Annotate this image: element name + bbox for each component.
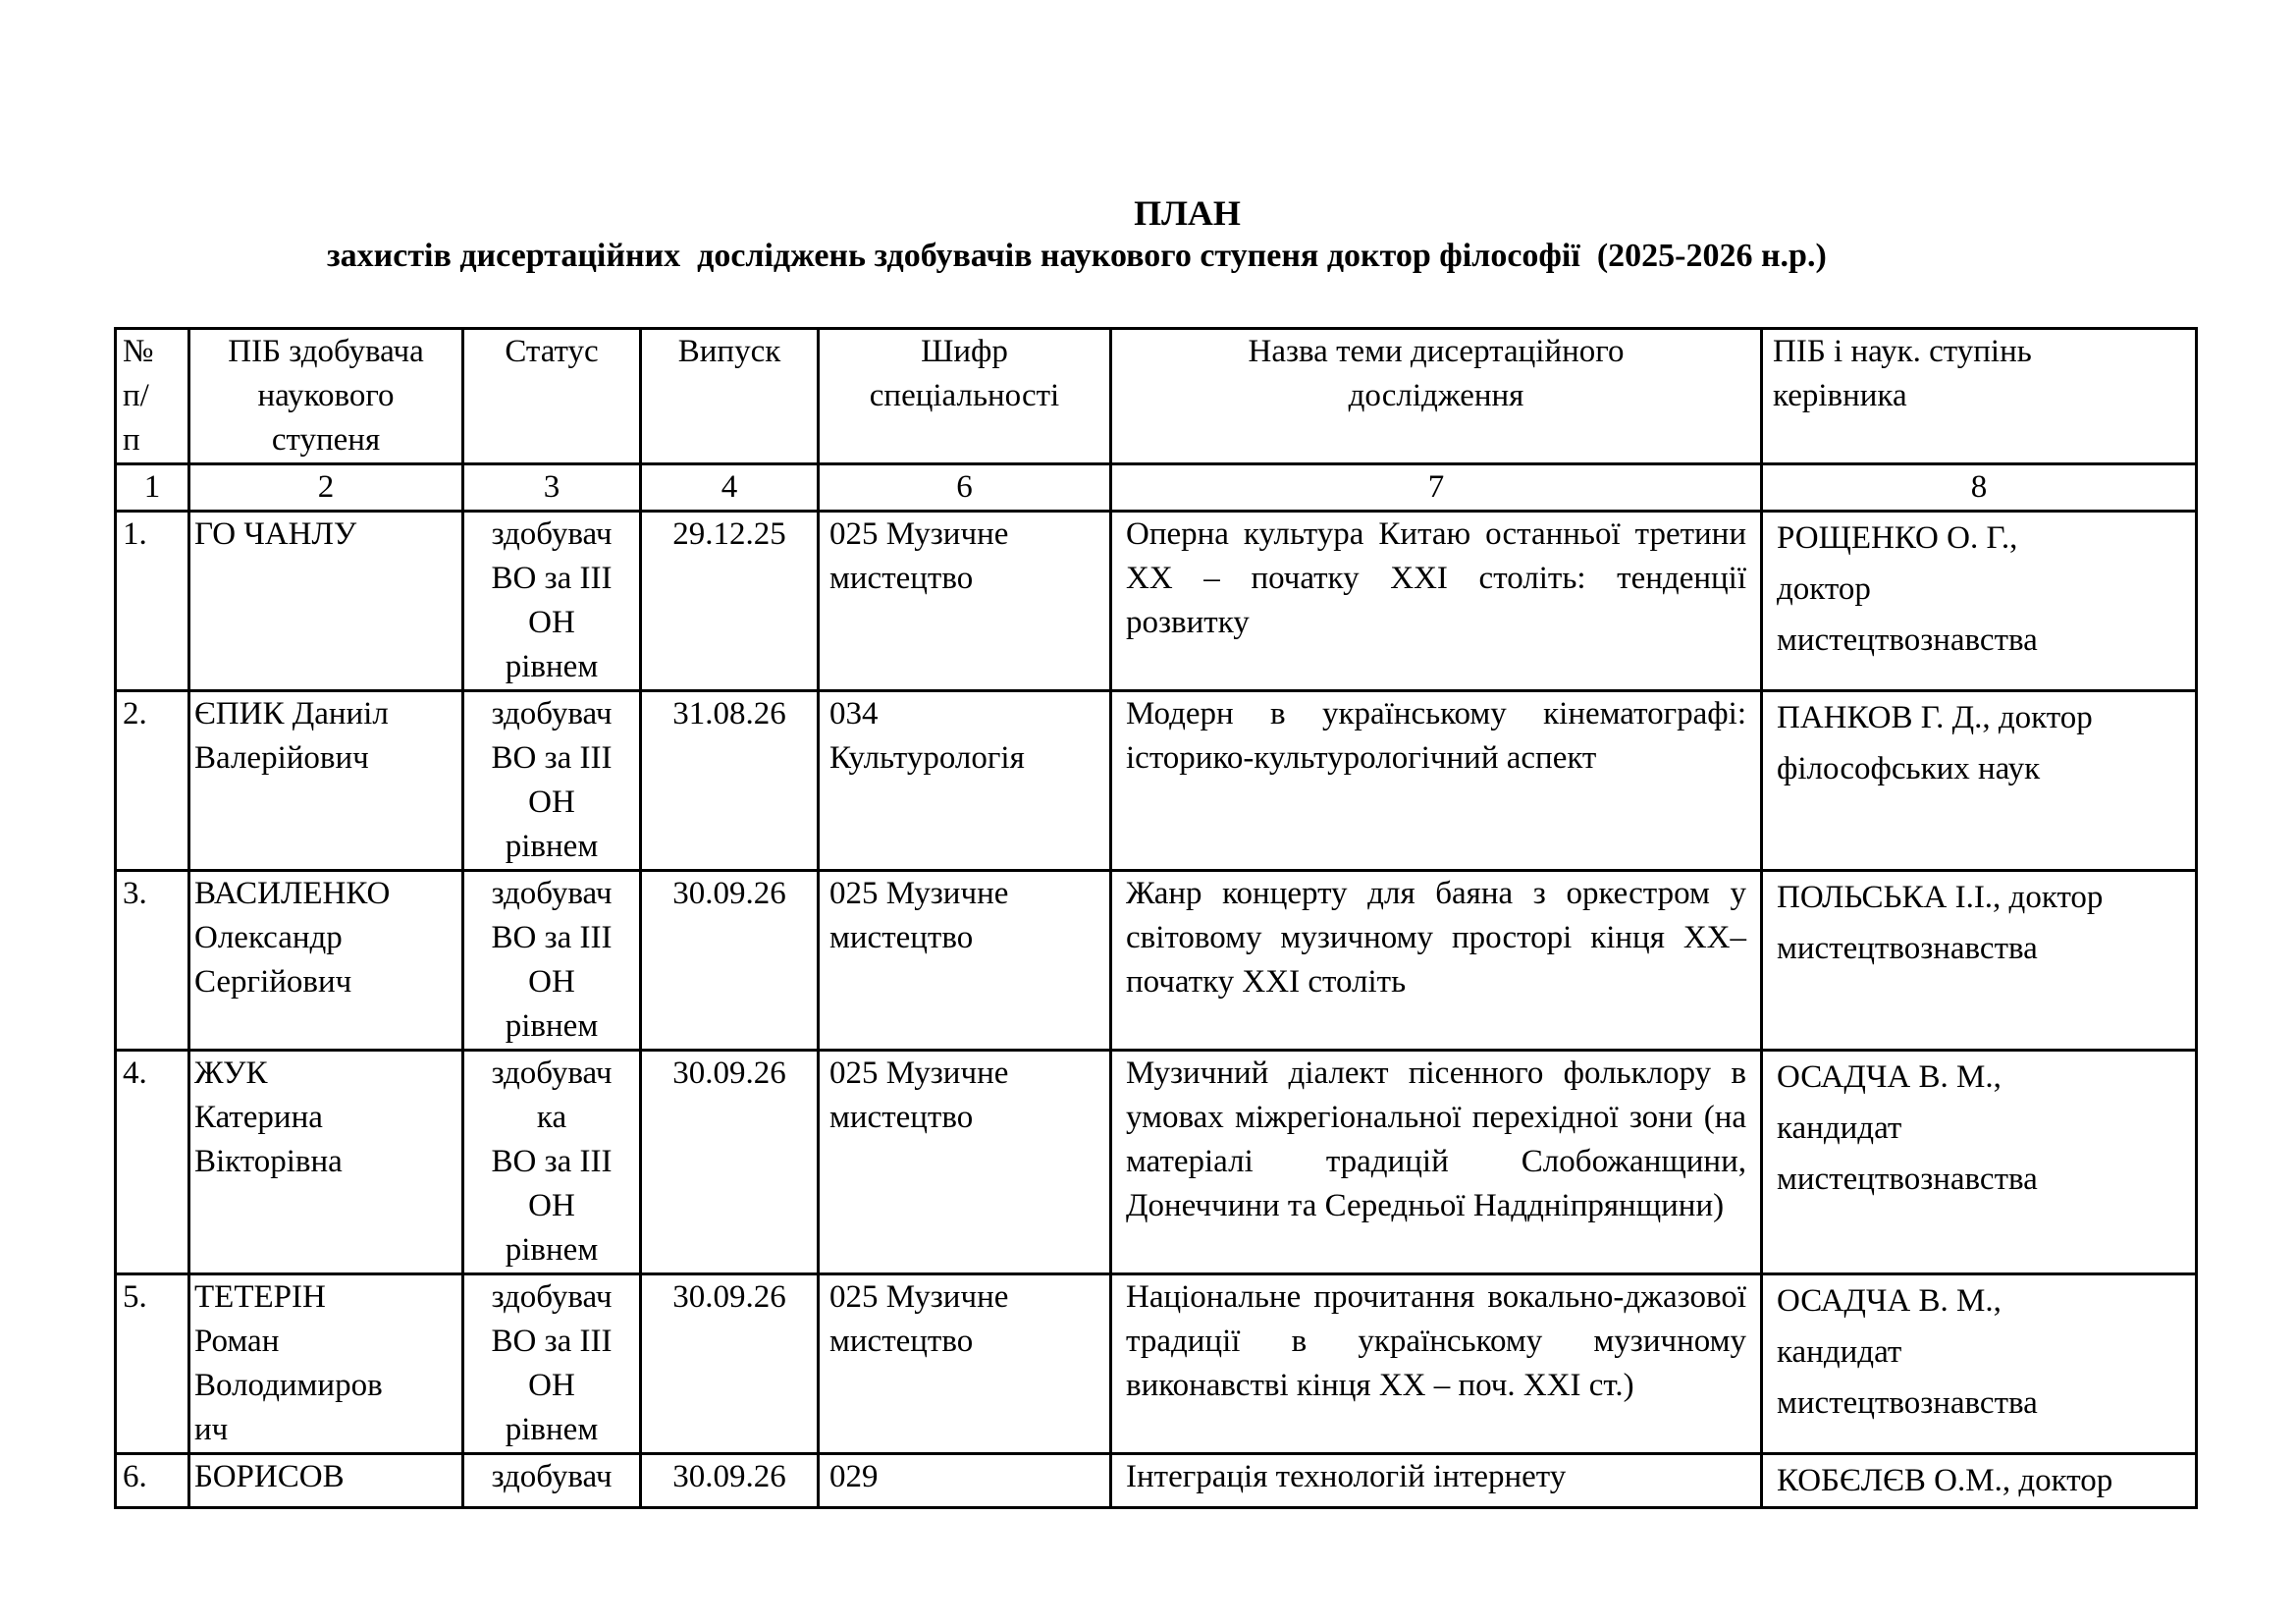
release-date: 29.12.25 [641,512,819,691]
dissertation-topic: Модерн в українському кінематографі: іст… [1111,691,1762,871]
text-line: ПІБ і наук. ступінь [1773,330,2185,374]
applicant-name: ВАСИЛЕНКООлександрСергійович [189,871,463,1051]
applicant-name: ГО ЧАНЛУ [189,512,463,691]
text-line: Шифр [829,330,1099,374]
applicant-status: здобувачВО за ІІІОНрівнем [463,1274,641,1454]
text-line: керівника [1773,374,2185,418]
text-line: здобувач [468,1455,635,1499]
release-date: 30.09.26 [641,871,819,1051]
dissertation-topic: Національне прочитання вокально-джазової… [1111,1274,1762,1454]
specialty-code: 025 Музичнемистецтво [819,1051,1111,1274]
text-line: 025 Музичне [829,513,1099,557]
text-line: ТЕТЕРІН [194,1275,455,1320]
text-line: кандидат [1777,1326,2181,1378]
supervisor: РОЩЕНКО О. Г.,доктормистецтвознавства [1762,512,2197,691]
text-line: Володимиров [194,1364,455,1408]
row-number: 4. [116,1051,189,1274]
table-row: 3.ВАСИЛЕНКООлександрСергійовичздобувачВО… [116,871,2197,1051]
column-number: 1 [116,464,189,512]
dissertation-topic: Музичний діалект пісенного фольклору в у… [1111,1051,1762,1274]
dissertation-topic: Інтеграція технологій інтернету [1111,1454,1762,1508]
applicant-status: здобувачВО за ІІІОНрівнем [463,512,641,691]
document-title: ПЛАН [0,192,2296,234]
text-line: № [123,330,182,374]
column-number: 2 [189,464,463,512]
text-line: п/ [123,374,182,418]
row-number: 1. [116,512,189,691]
column-number: 4 [641,464,819,512]
specialty-code: 029 [819,1454,1111,1508]
text-line: Випуск [652,330,807,374]
text-line: ОСАДЧА В. М., [1777,1052,2181,1103]
text-line: мистецтво [829,916,1099,960]
text-line: спеціальності [829,374,1099,418]
text-line: КОБЄЛЄВ О.М., доктор [1777,1455,2181,1506]
table-row: 2.ЄПИК ДаниілВалерійовичздобувачВО за ІІ… [116,691,2197,871]
text-line: п [123,418,182,462]
text-line: 029 [829,1455,1099,1499]
column-number-row: 1 2 3 4 6 7 8 [116,464,2197,512]
text-line: рівнем [468,1228,635,1272]
applicant-status: здобувачВО за ІІІОНрівнем [463,871,641,1051]
table-row: 4.ЖУККатеринаВікторівназдобувачкаВО за І… [116,1051,2197,1274]
text-line: Сергійович [194,960,455,1004]
text-line: 025 Музичне [829,872,1099,916]
applicant-name: БОРИСОВ [189,1454,463,1508]
text-line: наукового [200,374,452,418]
dissertation-topic: Жанр концерту для баяна з оркестром у св… [1111,871,1762,1051]
text-line: ОН [468,960,635,1004]
text-line: рівнем [468,825,635,869]
text-line: ПІБ здобувача [200,330,452,374]
text-line: ступеня [200,418,452,462]
header-specialty-code: Шифрспеціальності [819,329,1111,464]
text-line: ЄПИК Даниіл [194,692,455,736]
dissertation-topic: Оперна культура Китаю останньої третини … [1111,512,1762,691]
text-line: ПАНКОВ Г. Д., доктор [1777,692,2181,743]
applicant-status: здобувачВО за ІІІОНрівнем [463,691,641,871]
applicant-status: здобувач [463,1454,641,1508]
table-row: 1.ГО ЧАНЛУздобувачВО за ІІІОНрівнем29.12… [116,512,2197,691]
text-line: здобувач [468,513,635,557]
text-line: рівнем [468,1004,635,1049]
row-number: 3. [116,871,189,1051]
column-number: 8 [1762,464,2197,512]
text-line: ГО ЧАНЛУ [194,513,455,557]
text-line: ВАСИЛЕНКО [194,872,455,916]
text-line: ЖУК [194,1052,455,1096]
text-line: Статус [474,330,629,374]
text-line: мистецтвознавства [1777,615,2181,666]
text-line: рівнем [468,645,635,689]
text-line: мистецтво [829,1096,1099,1140]
text-line: ВО за ІІІ [468,1320,635,1364]
text-line: здобувач [468,872,635,916]
column-number: 7 [1111,464,1762,512]
text-line: ОН [468,1184,635,1228]
applicant-status: здобувачкаВО за ІІІОНрівнем [463,1051,641,1274]
text-line: Роман [194,1320,455,1364]
text-line: Катерина [194,1096,455,1140]
supervisor: КОБЄЛЄВ О.М., доктор [1762,1454,2197,1508]
text-line: здобувач [468,692,635,736]
text-line: дослідження [1122,374,1750,418]
text-line: Культурологія [829,736,1099,781]
text-line: ВО за ІІІ [468,916,635,960]
text-line: ВО за ІІІ [468,736,635,781]
text-line: доктор [1777,564,2181,615]
row-number: 5. [116,1274,189,1454]
specialty-code: 034Культурологія [819,691,1111,871]
specialty-code: 025 Музичнемистецтво [819,1274,1111,1454]
row-number: 2. [116,691,189,871]
release-date: 30.09.26 [641,1051,819,1274]
text-line: ВО за ІІІ [468,557,635,601]
table-header-row: №п/п ПІБ здобувачанауковогоступеня Стату… [116,329,2197,464]
header-applicant-name: ПІБ здобувачанауковогоступеня [189,329,463,464]
text-line: мистецтвознавства [1777,1378,2181,1429]
text-line: здобувач [468,1052,635,1096]
table-row: 5.ТЕТЕРІНРоманВолодимировичздобувачВО за… [116,1274,2197,1454]
text-line: Вікторівна [194,1140,455,1184]
text-line: ич [194,1408,455,1452]
text-line: Валерійович [194,736,455,781]
document-subtitle: захистів дисертаційних досліджень здобув… [327,238,1827,275]
column-number: 3 [463,464,641,512]
specialty-code: 025 Музичнемистецтво [819,871,1111,1051]
text-line: ОН [468,1364,635,1408]
text-line: мистецтво [829,1320,1099,1364]
supervisor: ПОЛЬСЬКА І.І., доктормистецтвознавства [1762,871,2197,1051]
supervisor: ОСАДЧА В. М.,кандидатмистецтвознавства [1762,1274,2197,1454]
text-line: ОН [468,781,635,825]
text-line: мистецтво [829,557,1099,601]
text-line: 034 [829,692,1099,736]
column-number: 6 [819,464,1111,512]
release-date: 30.09.26 [641,1274,819,1454]
text-line: філософських наук [1777,743,2181,794]
header-dissertation-topic: Назва теми дисертаційногодослідження [1111,329,1762,464]
defense-plan-table: №п/п ПІБ здобувачанауковогоступеня Стату… [114,327,2198,1509]
supervisor: ПАНКОВ Г. Д., докторфілософських наук [1762,691,2197,871]
text-line: мистецтвознавства [1777,923,2181,974]
header-number: №п/п [116,329,189,464]
applicant-name: ЄПИК ДаниілВалерійович [189,691,463,871]
header-release: Випуск [641,329,819,464]
release-date: 31.08.26 [641,691,819,871]
text-line: ка [468,1096,635,1140]
text-line: Олександр [194,916,455,960]
text-line: ОСАДЧА В. М., [1777,1275,2181,1326]
text-line: ПОЛЬСЬКА І.І., доктор [1777,872,2181,923]
text-line: ОН [468,601,635,645]
text-line: Назва теми дисертаційного [1122,330,1750,374]
text-line: мистецтвознавства [1777,1154,2181,1205]
text-line: 025 Музичне [829,1275,1099,1320]
header-status: Статус [463,329,641,464]
release-date: 30.09.26 [641,1454,819,1508]
text-line: здобувач [468,1275,635,1320]
applicant-name: ТЕТЕРІНРоманВолодимирович [189,1274,463,1454]
specialty-code: 025 Музичнемистецтво [819,512,1111,691]
applicant-name: ЖУККатеринаВікторівна [189,1051,463,1274]
text-line: кандидат [1777,1103,2181,1154]
text-line: рівнем [468,1408,635,1452]
text-line: РОЩЕНКО О. Г., [1777,513,2181,564]
header-supervisor: ПІБ і наук. ступінькерівника [1762,329,2197,464]
text-line: ВО за ІІІ [468,1140,635,1184]
text-line: 025 Музичне [829,1052,1099,1096]
table-row: 6.БОРИСОВздобувач30.09.26029Інтеграція т… [116,1454,2197,1508]
text-line: БОРИСОВ [194,1455,455,1499]
supervisor: ОСАДЧА В. М.,кандидатмистецтвознавства [1762,1051,2197,1274]
row-number: 6. [116,1454,189,1508]
